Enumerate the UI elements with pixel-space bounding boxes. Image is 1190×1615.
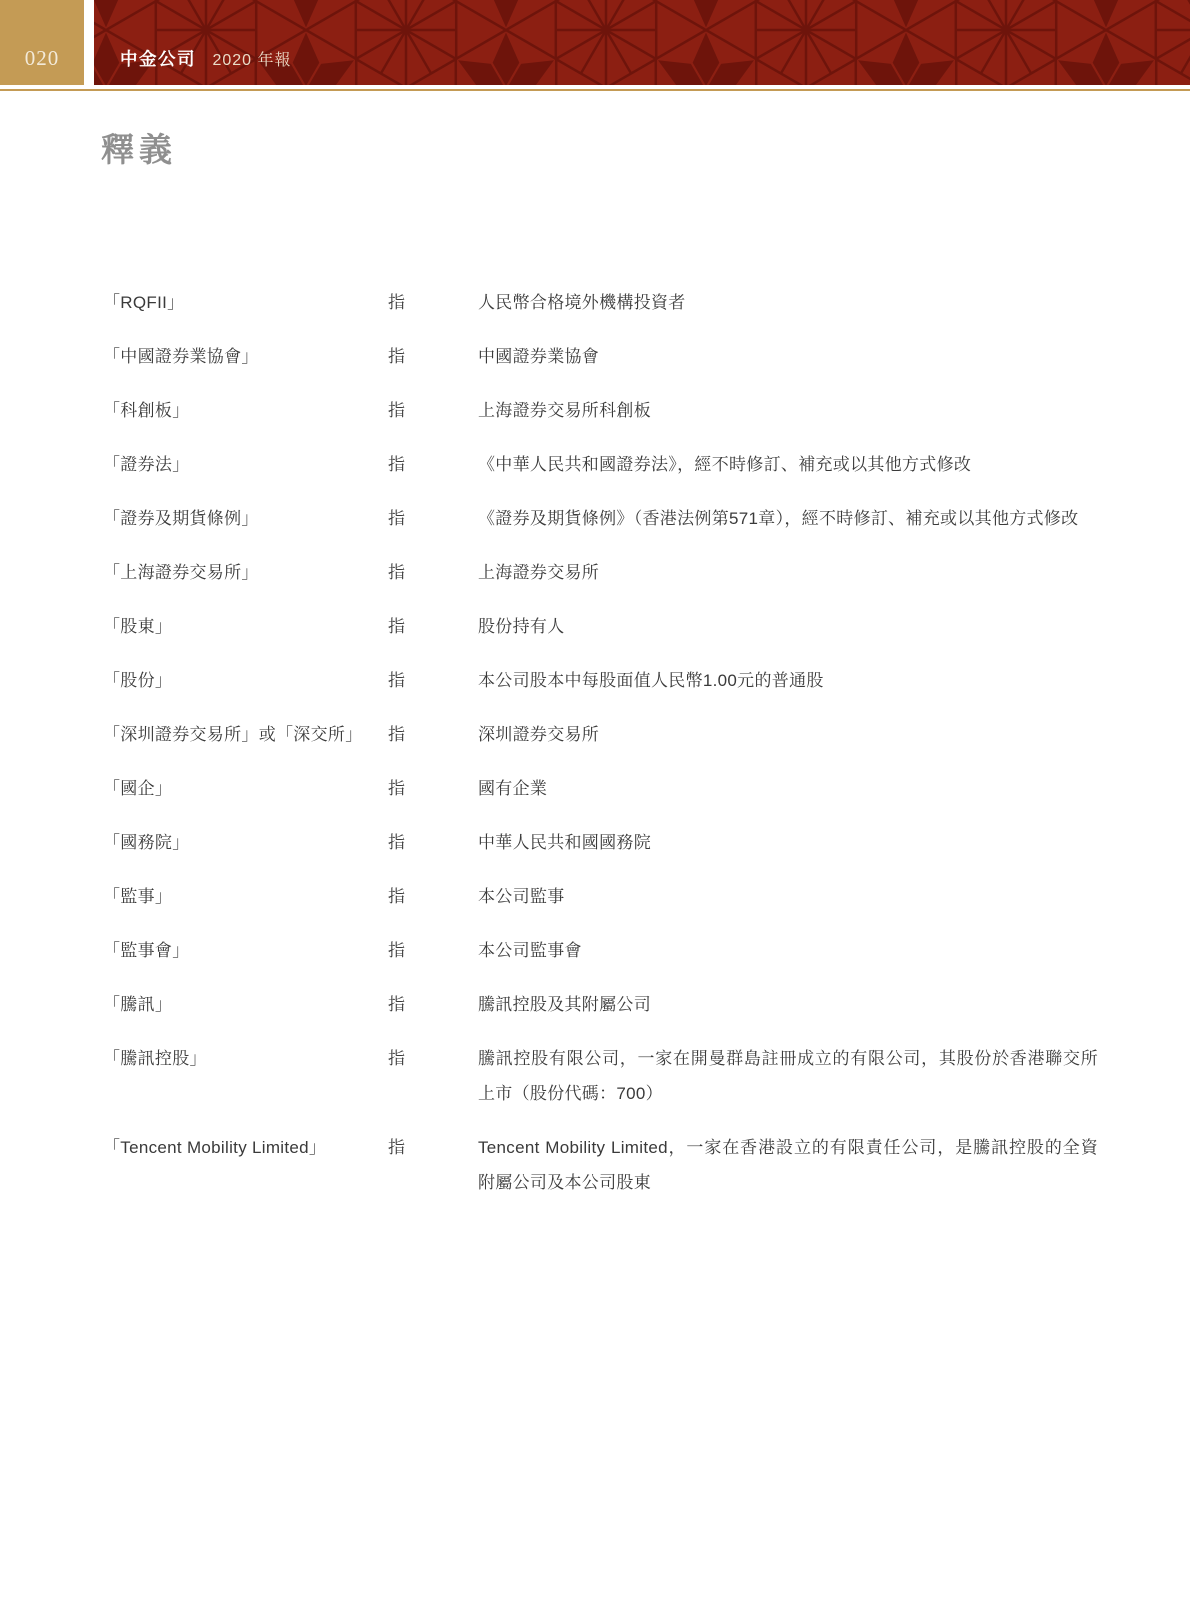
definition-text: 上海證券交易所科創板	[478, 393, 1098, 428]
header-divider	[0, 89, 1190, 91]
asanoha-pattern	[94, 0, 1190, 85]
definition-term: 「國務院」	[103, 825, 388, 860]
page-number-box: 020	[0, 0, 84, 85]
definition-connector: 指	[388, 771, 478, 806]
definitions-list: 「RQFII」 指 人民幣合格境外機構投資者 「中國證券業協會」 指 中國證券業…	[103, 285, 1098, 1219]
definition-row: 「Tencent Mobility Limited」 指 Tencent Mob…	[103, 1130, 1098, 1200]
definition-row: 「騰訊控股」 指 騰訊控股有限公司，一家在開曼群島註冊成立的有限公司，其股份於香…	[103, 1041, 1098, 1111]
definition-connector: 指	[388, 1130, 478, 1165]
definition-text: 中國證券業協會	[478, 339, 1098, 374]
definition-text: 《中華人民共和國證券法》，經不時修訂、補充或以其他方式修改	[478, 447, 1098, 482]
definition-row: 「RQFII」 指 人民幣合格境外機構投資者	[103, 285, 1098, 320]
definition-connector: 指	[388, 501, 478, 536]
definition-connector: 指	[388, 987, 478, 1022]
definition-row: 「證券及期貨條例」 指 《證券及期貨條例》（香港法例第571章），經不時修訂、補…	[103, 501, 1098, 536]
definition-row: 「股東」 指 股份持有人	[103, 609, 1098, 644]
definition-text: 上海證券交易所	[478, 555, 1098, 590]
definition-term: 「上海證券交易所」	[103, 555, 388, 590]
definition-row: 「監事會」 指 本公司監事會	[103, 933, 1098, 968]
definition-connector: 指	[388, 933, 478, 968]
definition-connector: 指	[388, 879, 478, 914]
definition-term: 「監事會」	[103, 933, 388, 968]
definition-connector: 指	[388, 663, 478, 698]
definition-term: 「RQFII」	[103, 285, 388, 320]
definition-row: 「國務院」 指 中華人民共和國國務院	[103, 825, 1098, 860]
definition-text: 股份持有人	[478, 609, 1098, 644]
definition-term: 「深圳證券交易所」或「深交所」	[103, 717, 388, 752]
definition-text: 騰訊控股及其附屬公司	[478, 987, 1098, 1022]
definition-row: 「證券法」 指 《中華人民共和國證券法》，經不時修訂、補充或以其他方式修改	[103, 447, 1098, 482]
definition-connector: 指	[388, 717, 478, 752]
definition-term: 「證券法」	[103, 447, 388, 482]
definition-text: 本公司股本中每股面值人民幣1.00元的普通股	[478, 663, 1098, 698]
definition-row: 「科創板」 指 上海證券交易所科創板	[103, 393, 1098, 428]
banner-text: 中金公司 2020 年報	[120, 46, 292, 71]
definition-row: 「上海證券交易所」 指 上海證券交易所	[103, 555, 1098, 590]
definition-term: 「股份」	[103, 663, 388, 698]
page-title: 釋義	[101, 124, 177, 171]
definition-text: 本公司監事會	[478, 933, 1098, 968]
definition-connector: 指	[388, 393, 478, 428]
definition-connector: 指	[388, 1041, 478, 1076]
definition-row: 「監事」 指 本公司監事	[103, 879, 1098, 914]
definition-term: 「股東」	[103, 609, 388, 644]
definition-text: 深圳證券交易所	[478, 717, 1098, 752]
definition-row: 「騰訊」 指 騰訊控股及其附屬公司	[103, 987, 1098, 1022]
definition-connector: 指	[388, 825, 478, 860]
definition-row: 「國企」 指 國有企業	[103, 771, 1098, 806]
definition-term: 「中國證券業協會」	[103, 339, 388, 374]
definition-text: 《證券及期貨條例》（香港法例第571章），經不時修訂、補充或以其他方式修改	[478, 501, 1098, 536]
definition-term: 「證券及期貨條例」	[103, 501, 388, 536]
definition-connector: 指	[388, 609, 478, 644]
definition-row: 「股份」 指 本公司股本中每股面值人民幣1.00元的普通股	[103, 663, 1098, 698]
definition-text: 騰訊控股有限公司，一家在開曼群島註冊成立的有限公司，其股份於香港聯交所上市（股份…	[478, 1041, 1098, 1111]
page-number: 020	[25, 46, 60, 70]
definition-text: 中華人民共和國國務院	[478, 825, 1098, 860]
definition-text: 人民幣合格境外機構投資者	[478, 285, 1098, 320]
definition-text: Tencent Mobility Limited，一家在香港設立的有限責任公司，…	[478, 1130, 1098, 1200]
definition-connector: 指	[388, 447, 478, 482]
company-name: 中金公司	[120, 49, 196, 69]
definition-row: 「中國證券業協會」 指 中國證券業協會	[103, 339, 1098, 374]
definition-connector: 指	[388, 285, 478, 320]
definition-connector: 指	[388, 339, 478, 374]
definition-term: 「國企」	[103, 771, 388, 806]
definition-term: 「騰訊」	[103, 987, 388, 1022]
page-header: 020	[0, 0, 1190, 92]
definition-connector: 指	[388, 555, 478, 590]
definition-term: 「科創板」	[103, 393, 388, 428]
definition-term: 「監事」	[103, 879, 388, 914]
definition-row: 「深圳證券交易所」或「深交所」 指 深圳證券交易所	[103, 717, 1098, 752]
header-banner: 中金公司 2020 年報	[94, 0, 1190, 85]
report-edition: 2020 年報	[212, 52, 291, 69]
definition-term: 「騰訊控股」	[103, 1041, 388, 1076]
definition-term: 「Tencent Mobility Limited」	[103, 1130, 388, 1165]
definition-text: 本公司監事	[478, 879, 1098, 914]
definition-text: 國有企業	[478, 771, 1098, 806]
